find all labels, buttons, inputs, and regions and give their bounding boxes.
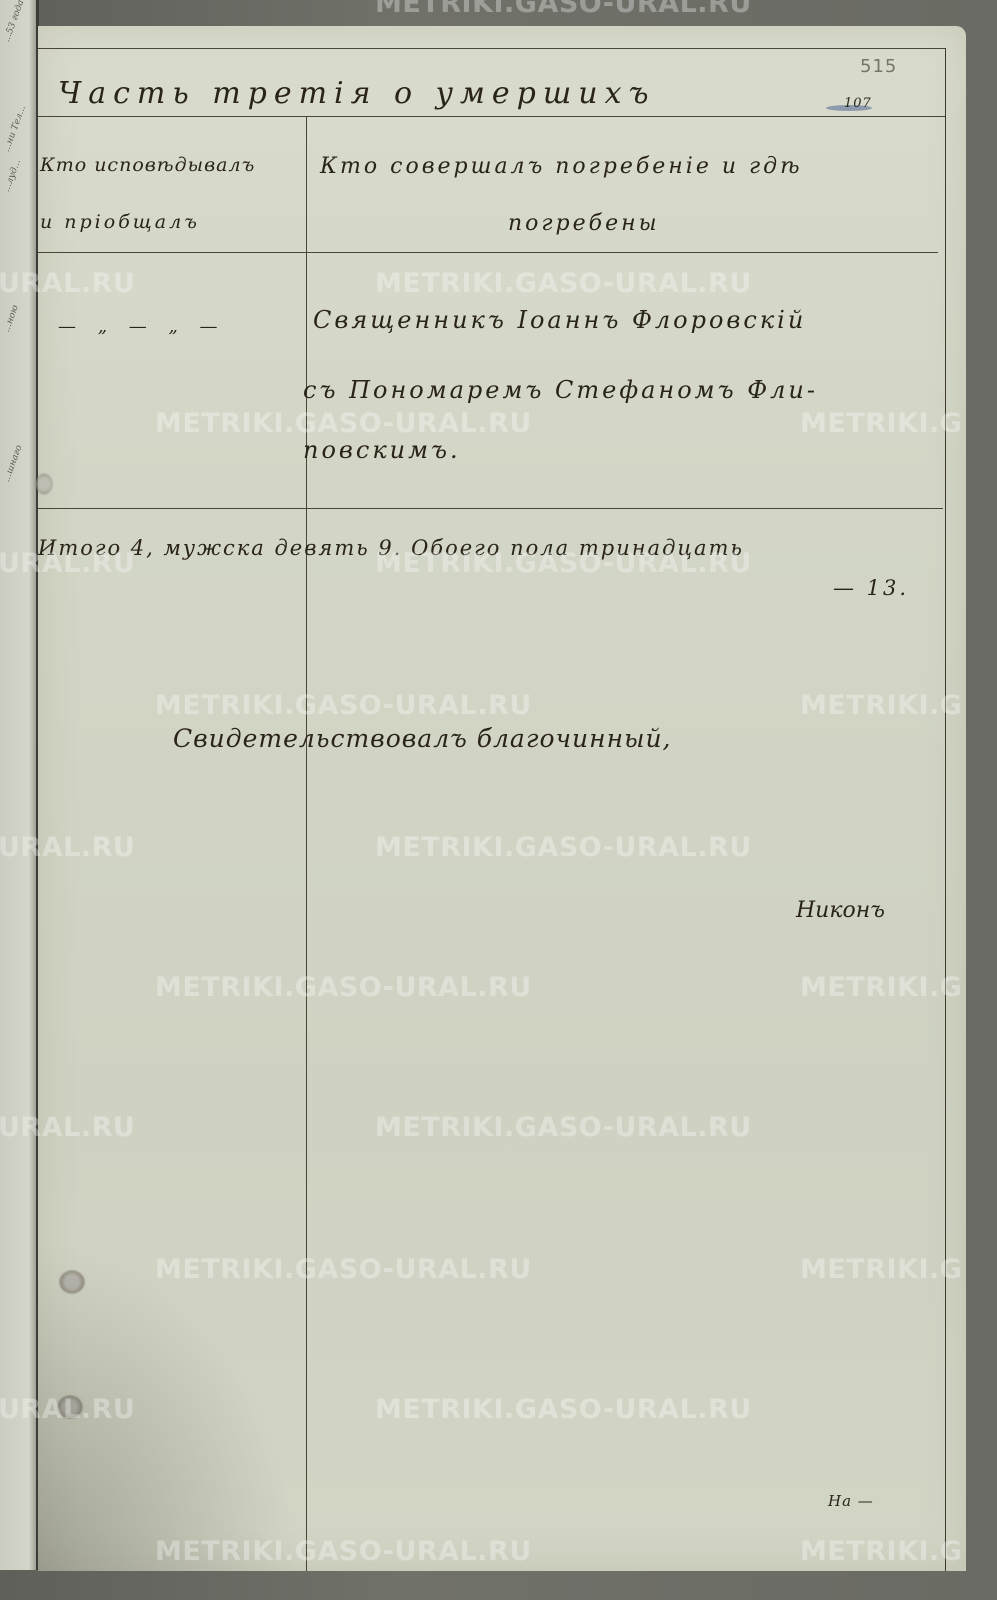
struck-number: 107 <box>844 96 872 111</box>
dean-attestation: Свидетельствовалъ благочинный, <box>173 724 672 753</box>
column-2-header-cont: погребены <box>508 211 660 236</box>
signature: Никонъ <box>796 898 885 923</box>
page-number: 515 <box>860 56 897 77</box>
previous-page-edge: ...53 года ...ни Тел... ...луд... ...ною… <box>0 0 39 1570</box>
section-title: Часть третія о умершихъ <box>58 76 656 111</box>
catchword: На — <box>828 1492 874 1510</box>
column-1-header: Кто исповѣдывалъ <box>40 154 255 176</box>
ruling-header-bottom <box>38 252 938 253</box>
margin-note: ...ни Тел... <box>2 104 28 153</box>
ruling-title-bottom <box>38 116 945 117</box>
entry-burial-line-2: съ Пономаремъ Стефаномъ Фли- <box>303 376 818 404</box>
column-divider <box>306 116 307 1571</box>
summary-total-number: — 13. <box>833 576 909 600</box>
ruling-top <box>38 48 945 49</box>
margin-note: ...шнаго <box>2 444 25 483</box>
entry-ditto-marks: — „ — „ — <box>58 316 226 337</box>
margin-note: ...ною <box>2 304 21 334</box>
entry-burial-line-1: Священникъ Іоаннъ Флоровскій <box>313 306 806 334</box>
punch-hole <box>58 1396 82 1418</box>
margin-note: ...53 года <box>2 0 26 43</box>
column-2-header: Кто совершалъ погребеніе и гдѣ <box>320 154 802 179</box>
ruling-entry-bottom <box>38 508 943 509</box>
column-1-header-cont: и пріобщалъ <box>40 211 200 233</box>
ruled-frame <box>38 48 946 1571</box>
entry-burial-line-3: повскимъ. <box>303 436 461 464</box>
stain-mark <box>36 474 52 494</box>
summary-totals: Итого 4, мужска девять 9. Обоего пола тр… <box>38 536 744 560</box>
margin-note: ...луд... <box>2 158 23 193</box>
punch-hole <box>60 1271 84 1293</box>
register-page: Часть третія о умершихъ 515 107 Кто испо… <box>38 26 966 1571</box>
